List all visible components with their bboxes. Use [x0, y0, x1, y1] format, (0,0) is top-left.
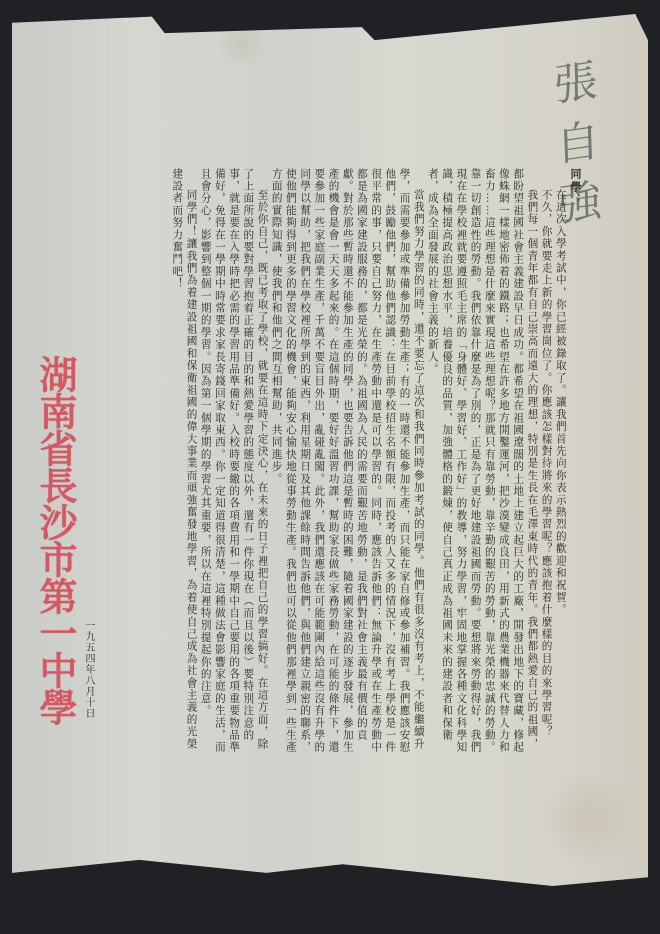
paragraph: 不久，你就要走上新的學習崗位了。你應該怎樣對待將來的學習呢？應該抱着什麼樣的目的…: [539, 168, 553, 758]
closing: 同學們！讓我們為着建設祖國和保衛祖國的偉大事業而頑強奮發地學習，為着使自己成為社…: [170, 168, 198, 758]
paragraph: 我們每一個青年都有自己崇高而遠大的理想，特別是生長在毛澤東時代的青年。我們都熱愛…: [426, 168, 540, 758]
paragraph: 當我們努力學習的同時，還不要忘了這次和我們同時參加考試的同學。他們有很多沒有考上…: [270, 168, 426, 758]
paragraph: 至於你自己，既已考取了學校，就要在這時下定決心，在未來的日子裡把自己的學習搞好。…: [199, 168, 270, 758]
paper-stain: [212, 24, 272, 64]
letter-date: 一九五四年八月十日: [81, 620, 96, 719]
paper-stain: [532, 774, 642, 864]
paragraph: 在這次入學考試中，你已經被錄取了。讓我們首先向你表示熱烈的歡迎和祝賀。: [554, 168, 568, 758]
school-seal-stamp: 湖南省長沙市第一中學: [33, 355, 77, 725]
salutation: 同學：: [568, 168, 582, 758]
letter-body: 同學： 在這次入學考試中，你已經被錄取了。讓我們首先向你表示熱烈的歡迎和祝賀。 …: [60, 168, 588, 758]
